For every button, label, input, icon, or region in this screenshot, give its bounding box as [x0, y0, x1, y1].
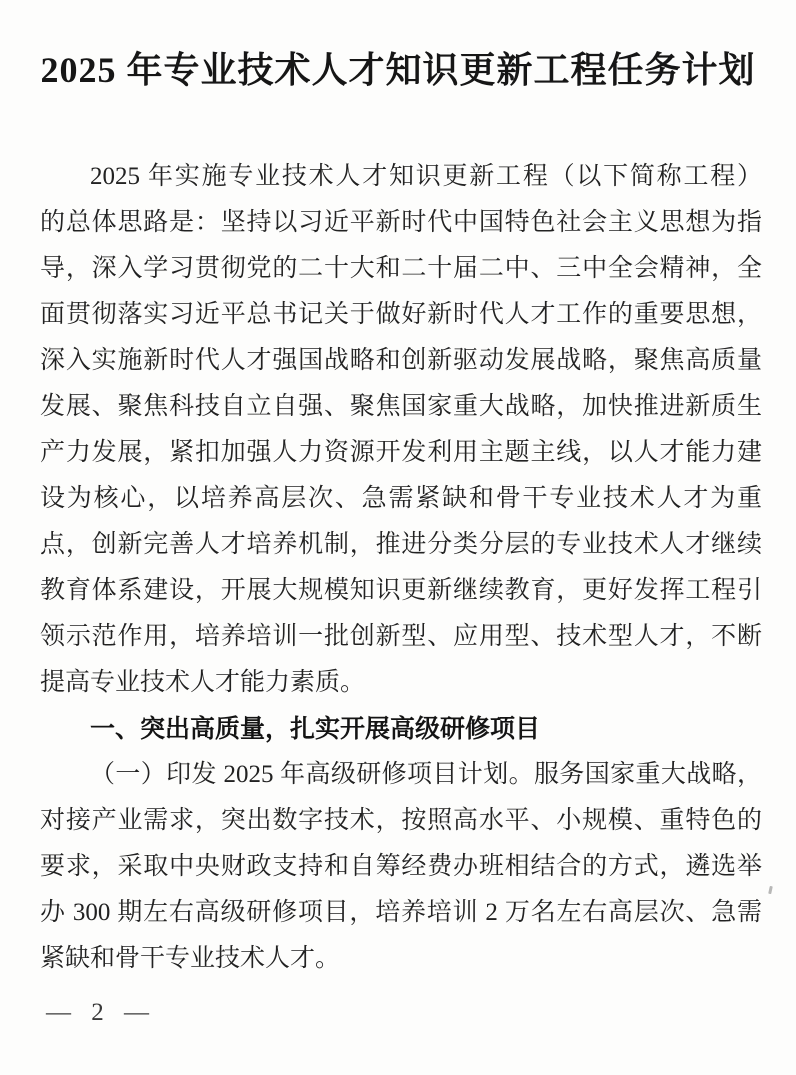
text-line: 发展、聚焦科技自立自强、聚焦国家重大战略，加快推进新质生: [40, 384, 762, 430]
text-line: 深入实施新时代人才强国战略和创新驱动发展战略，聚焦高质量: [40, 338, 762, 384]
text-line: 面贯彻落实习近平总书记关于做好新时代人才工作的重要思想，: [40, 292, 762, 338]
text-line: 的总体思路是：坚持以习近平新时代中国特色社会主义思想为指: [40, 200, 762, 246]
text-line: 领示范作用，培养培训一批创新型、应用型、技术型人才，不断: [40, 614, 762, 660]
text-line: 点，创新完善人才培养机制，推进分类分层的专业技术人才继续: [40, 522, 762, 568]
text-line: 导，深入学习贯彻党的二十大和二十届二中、三中全会精神，全: [40, 246, 762, 292]
text-line: 2025 年实施专业技术人才知识更新工程（以下简称工程）: [40, 154, 762, 200]
text-line: （一）印发 2025 年高级研修项目计划。服务国家重大战略，: [40, 752, 762, 798]
document-body: 2025 年实施专业技术人才知识更新工程（以下简称工程） 的总体思路是：坚持以习…: [40, 154, 762, 982]
text-line: 对接产业需求，突出数字技术，按照高水平、小规模、重特色的: [40, 798, 762, 844]
text-line: 办 300 期左右高级研修项目，培养培训 2 万名左右高层次、急需: [40, 890, 762, 936]
text-line: 教育体系建设，开展大规模知识更新继续教育，更好发挥工程引: [40, 568, 762, 614]
document-page: 2025 年专业技术人才知识更新工程任务计划 2025 年实施专业技术人才知识更…: [0, 0, 796, 1075]
page-number: — 2 —: [46, 998, 156, 1028]
text-line: 产力发展，紧扣加强人力资源开发利用主题主线，以人才能力建: [40, 430, 762, 476]
section-heading: 一、突出高质量，扎实开展高级研修项目: [40, 706, 762, 752]
document-title: 2025 年专业技术人才知识更新工程任务计划: [0, 0, 796, 96]
scan-artifact: [768, 886, 773, 894]
text-line: 设为核心，以培养高层次、急需紧缺和骨干专业技术人才为重: [40, 476, 762, 522]
text-line: 紧缺和骨干专业技术人才。: [40, 936, 762, 982]
text-line: 要求，采取中央财政支持和自筹经费办班相结合的方式，遴选举: [40, 844, 762, 890]
text-line: 提高专业技术人才能力素质。: [40, 660, 762, 706]
